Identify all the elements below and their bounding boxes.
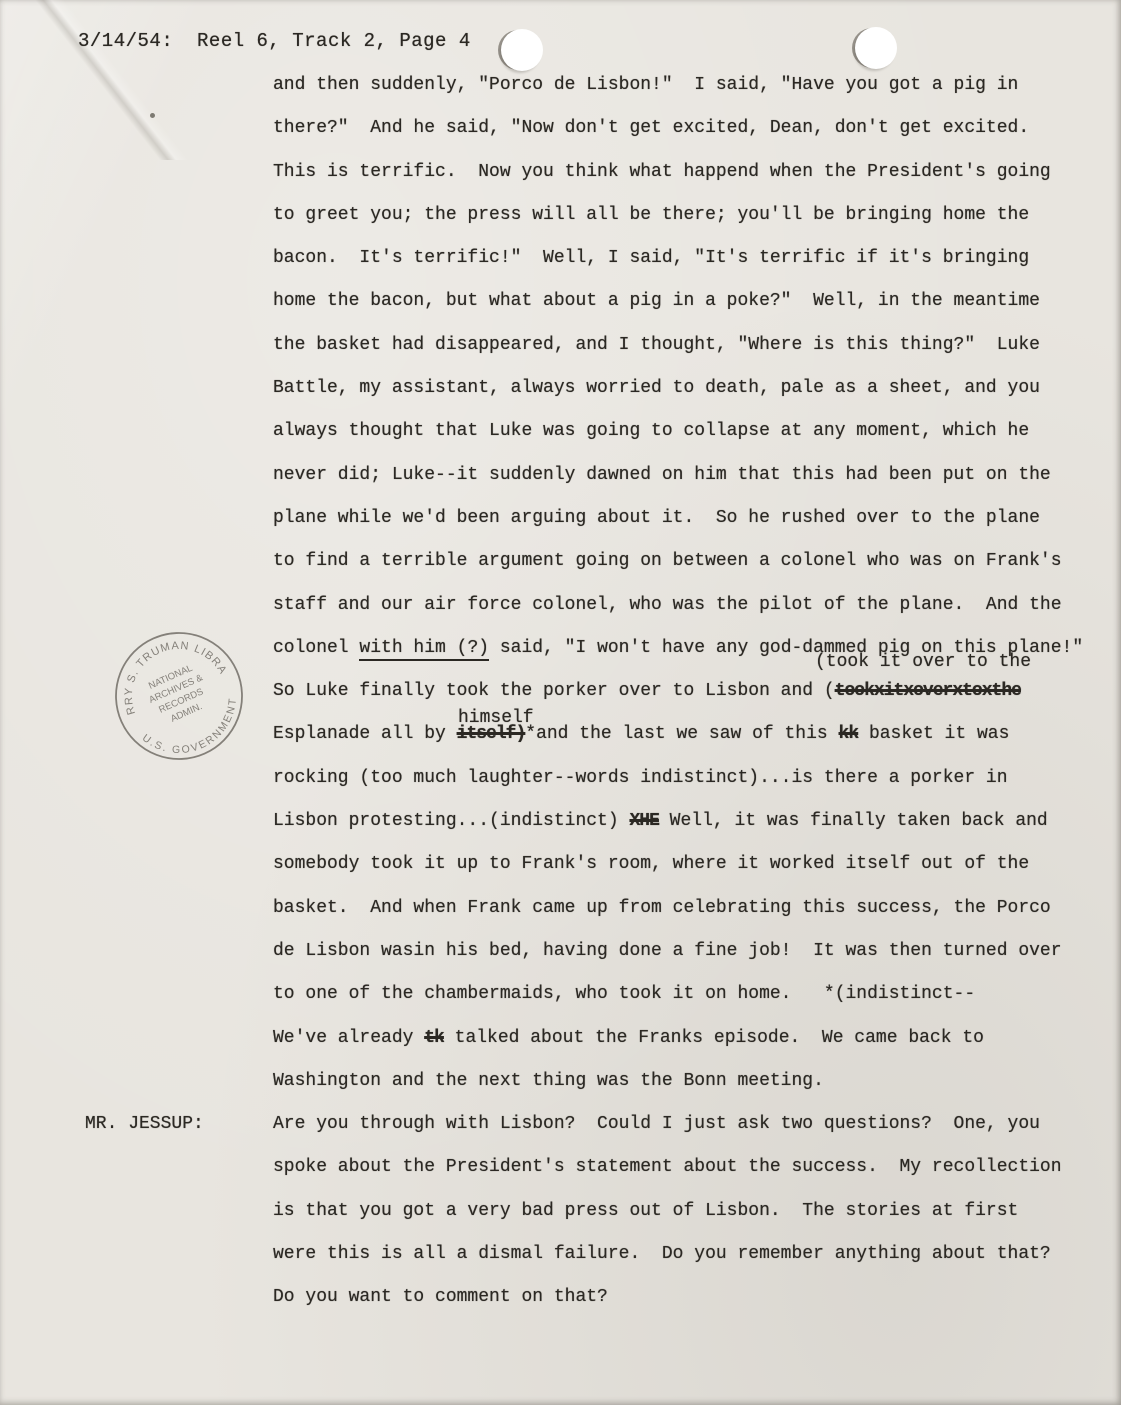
text-line: there?" And he said, "Now don't get exci… (273, 107, 1113, 150)
text-segment: somebody took it up to Frank's room, whe… (273, 854, 1029, 874)
text-line: Are you through with Lisbon? Could I jus… (273, 1103, 1113, 1146)
text-segment-struck: kk (839, 724, 859, 744)
text-segment: basket it was (858, 724, 1009, 744)
stamp-top-text: HARRY S. TRUMAN LIBRARY (65, 586, 229, 731)
text-line: to greet you; the press will all be ther… (273, 194, 1113, 237)
text-line: the basket had disappeared, and I though… (273, 324, 1113, 367)
text-segment: Washington and the next thing was the Bo… (273, 1071, 824, 1091)
text-line: is that you got a very bad press out of … (273, 1190, 1113, 1233)
text-segment: to find a terrible argument going on bet… (273, 551, 1062, 571)
text-segment: We've already (273, 1028, 424, 1048)
text-segment: de Lisbon wasin his bed, having done a f… (273, 941, 1062, 961)
text-line: always thought that Luke was going to co… (273, 410, 1113, 453)
text-line: and then suddenly, "Porco de Lisbon!" I … (273, 64, 1113, 107)
text-segment: spoke about the President's statement ab… (273, 1157, 1062, 1177)
text-segment: talked about the Franks episode. We came… (444, 1028, 984, 1048)
interlinear-insert-took-it-over: (took it over to the (815, 652, 1031, 672)
text-line: Washington and the next thing was the Bo… (273, 1060, 1113, 1103)
text-line: bacon. It's terrific!" Well, I said, "It… (273, 237, 1113, 280)
text-segment-struck: XHE (629, 811, 658, 831)
transcript-body: and then suddenly, "Porco de Lisbon!" I … (273, 64, 1113, 1320)
interlinear-insert-himself: himself (458, 708, 534, 728)
text-segment: the basket had disappeared, and I though… (273, 335, 1040, 355)
text-segment: Well, it was finally taken back and (659, 811, 1048, 831)
text-line: were this is all a dismal failure. Do yo… (273, 1233, 1113, 1276)
text-line: Esplanade all by itself)*and the last we… (273, 713, 1113, 756)
text-segment: staff and our air force colonel, who was… (273, 595, 1062, 615)
text-segment: basket. And when Frank came up from cele… (273, 898, 1051, 918)
text-line: de Lisbon wasin his bed, having done a f… (273, 930, 1113, 973)
text-segment: Battle, my assistant, always worried to … (273, 378, 1040, 398)
text-line: So Luke finally took the porker over to … (273, 670, 1113, 713)
text-line: basket. And when Frank came up from cele… (273, 887, 1113, 930)
text-segment-struck: tookxitxoverxtoxthe (835, 681, 1021, 701)
text-segment: colonel (273, 638, 359, 658)
text-line: spoke about the President's statement ab… (273, 1146, 1113, 1189)
text-line: Do you want to comment on that? (273, 1276, 1113, 1319)
text-segment: home the bacon, but what about a pig in … (273, 291, 1040, 311)
text-segment: there?" And he said, "Now don't get exci… (273, 118, 1029, 138)
text-line: to one of the chambermaids, who took it … (273, 973, 1113, 1016)
text-segment: plane while we'd been arguing about it. … (273, 508, 1040, 528)
text-segment: *and the last we saw of this (525, 724, 838, 744)
punch-hole-right (855, 27, 897, 69)
text-segment: to one of the chambermaids, who took it … (273, 984, 975, 1004)
text-segment: always thought that Luke was going to co… (273, 421, 1029, 441)
acheson-paragraph: and then suddenly, "Porco de Lisbon!" I … (273, 64, 1113, 1103)
text-segment: to greet you; the press will all be ther… (273, 205, 1029, 225)
jessup-paragraph: Are you through with Lisbon? Could I jus… (273, 1103, 1113, 1319)
text-line: We've already tk talked about the Franks… (273, 1017, 1113, 1060)
text-line: home the bacon, but what about a pig in … (273, 280, 1113, 323)
text-line: somebody took it up to Frank's room, whe… (273, 843, 1113, 886)
text-segment: bacon. It's terrific!" Well, I said, "It… (273, 248, 1029, 268)
text-line: Battle, my assistant, always worried to … (273, 367, 1113, 410)
text-segment: So Luke finally took the porker over to … (273, 681, 835, 701)
text-segment: Do you want to comment on that? (273, 1287, 608, 1307)
text-line: rocking (too much laughter--words indist… (273, 757, 1113, 800)
text-segment: This is terrific. Now you think what hap… (273, 162, 1051, 182)
text-segment: Lisbon protesting...(indistinct) (273, 811, 629, 831)
text-line: never did; Luke--it suddenly dawned on h… (273, 454, 1113, 497)
paper-crease (0, 0, 220, 160)
text-line: plane while we'd been arguing about it. … (273, 497, 1113, 540)
text-line: Lisbon protesting...(indistinct) XHE Wel… (273, 800, 1113, 843)
text-line: to find a terrible argument going on bet… (273, 540, 1113, 583)
text-segment-struck: tk (424, 1028, 444, 1048)
paper-speck (150, 113, 155, 118)
archives-stamp: HARRY S. TRUMAN LIBRARY U.S. GOVERNMENT … (65, 582, 292, 809)
text-line: staff and our air force colonel, who was… (273, 584, 1113, 627)
text-line: This is terrific. Now you think what hap… (273, 151, 1113, 194)
page-header: 3/14/54: Reel 6, Track 2, Page 4 (78, 30, 471, 52)
text-segment-underline: with him (?) (359, 638, 489, 661)
document-page: 3/14/54: Reel 6, Track 2, Page 4 HARRY S… (0, 0, 1121, 1405)
text-segment: never did; Luke--it suddenly dawned on h… (273, 465, 1051, 485)
text-segment: and then suddenly, "Porco de Lisbon!" I … (273, 75, 1018, 95)
text-segment: rocking (too much laughter--words indist… (273, 768, 1008, 788)
text-segment: Are you through with Lisbon? Could I jus… (273, 1114, 1040, 1134)
text-segment: is that you got a very bad press out of … (273, 1201, 1018, 1221)
text-segment: Esplanade all by (273, 724, 457, 744)
speaker-label-jessup: MR. JESSUP: (85, 1103, 204, 1146)
text-segment: were this is all a dismal failure. Do yo… (273, 1244, 1051, 1264)
